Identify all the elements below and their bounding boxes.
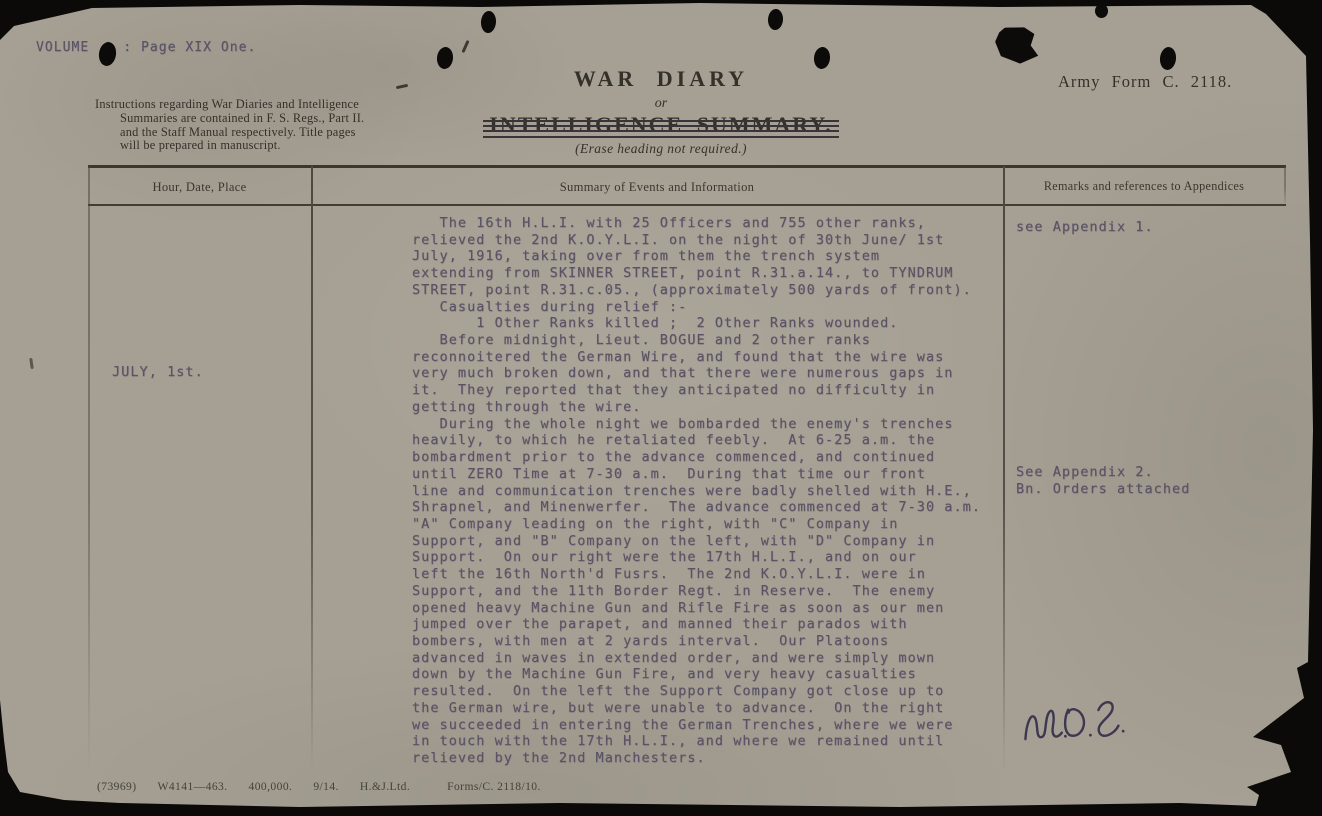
signature-dot xyxy=(1064,735,1067,738)
diary-paragraph: 1 Other Ranks killed ; 2 Other Ranks wou… xyxy=(412,315,1012,332)
hole-punch xyxy=(1095,4,1108,18)
imprint-segment: W4141—463. xyxy=(158,780,228,793)
signature-dot xyxy=(1122,730,1125,733)
signature-d-stroke xyxy=(1063,708,1085,737)
instructions-line: will be prepared in manuscript. xyxy=(120,139,435,153)
footer-imprint: (73969)W4141—463.400,000.9/14.H.&J.Ltd.F… xyxy=(97,780,541,793)
col-header-hour-date-place: Hour, Date, Place xyxy=(88,180,311,195)
remark-appendix-2: See Appendix 2. Bn. Orders attached xyxy=(1016,464,1190,497)
diary-paragraph: During the whole night we bombarded the … xyxy=(412,416,1012,767)
diary-paragraph: Casualties during relief :- xyxy=(412,299,1012,316)
struck-heading: INTELLIGENCE SUMMARY. xyxy=(489,112,832,138)
instructions-line: Instructions regarding War Diaries and I… xyxy=(95,98,435,112)
imprint-segment: 400,000. xyxy=(249,780,293,793)
instructions-note: Instructions regarding War Diaries and I… xyxy=(95,98,435,153)
col-header-remarks: Remarks and references to Appendices xyxy=(1003,179,1285,194)
header-bottom-rule xyxy=(88,204,1286,206)
instructions-line: Summaries are contained in F. S. Regs., … xyxy=(120,112,435,126)
imprint-segment: (73969) xyxy=(97,780,137,793)
imprint-segment: H.&J.Ltd. xyxy=(360,780,410,793)
army-form-number: Army Form C. 2118. xyxy=(1058,72,1232,92)
table-top-rule xyxy=(88,165,1286,168)
signature-dot xyxy=(1089,734,1092,737)
diary-paragraph: Before midnight, Lieut. BOGUE and 2 othe… xyxy=(412,332,1012,416)
scanned-war-diary-page: VOLUME : Page XIX One. WAR DIARY or INTE… xyxy=(0,0,1322,816)
diary-entry-text: The 16th H.L.I. with 25 Officers and 755… xyxy=(412,215,1012,767)
strike-line xyxy=(483,120,838,122)
diary-paragraph: The 16th H.L.I. with 25 Officers and 755… xyxy=(412,215,1012,299)
strike-line xyxy=(483,125,838,127)
volume-label: VOLUME xyxy=(36,40,89,55)
imprint-segment: 9/14. xyxy=(313,780,339,793)
volume-line: VOLUME : Page XIX One. xyxy=(36,40,256,55)
remark-appendix-1: see Appendix 1. xyxy=(1016,219,1154,236)
table-left-border xyxy=(88,166,90,772)
strike-line xyxy=(483,136,838,138)
instructions-line: and the Staff Manual respectively. Title… xyxy=(120,126,435,140)
entry-date: JULY, 1st. xyxy=(112,364,204,380)
signature-s-stroke xyxy=(1095,701,1119,736)
column-divider-1 xyxy=(311,166,313,772)
col-header-summary: Summary of Events and Information xyxy=(311,180,1003,195)
imprint-segment: Forms/C. 2118/10. xyxy=(447,780,541,793)
page-number-label: : Page XIX One. xyxy=(123,40,256,55)
strike-line xyxy=(483,130,838,132)
signature-w-stroke xyxy=(1022,710,1062,741)
